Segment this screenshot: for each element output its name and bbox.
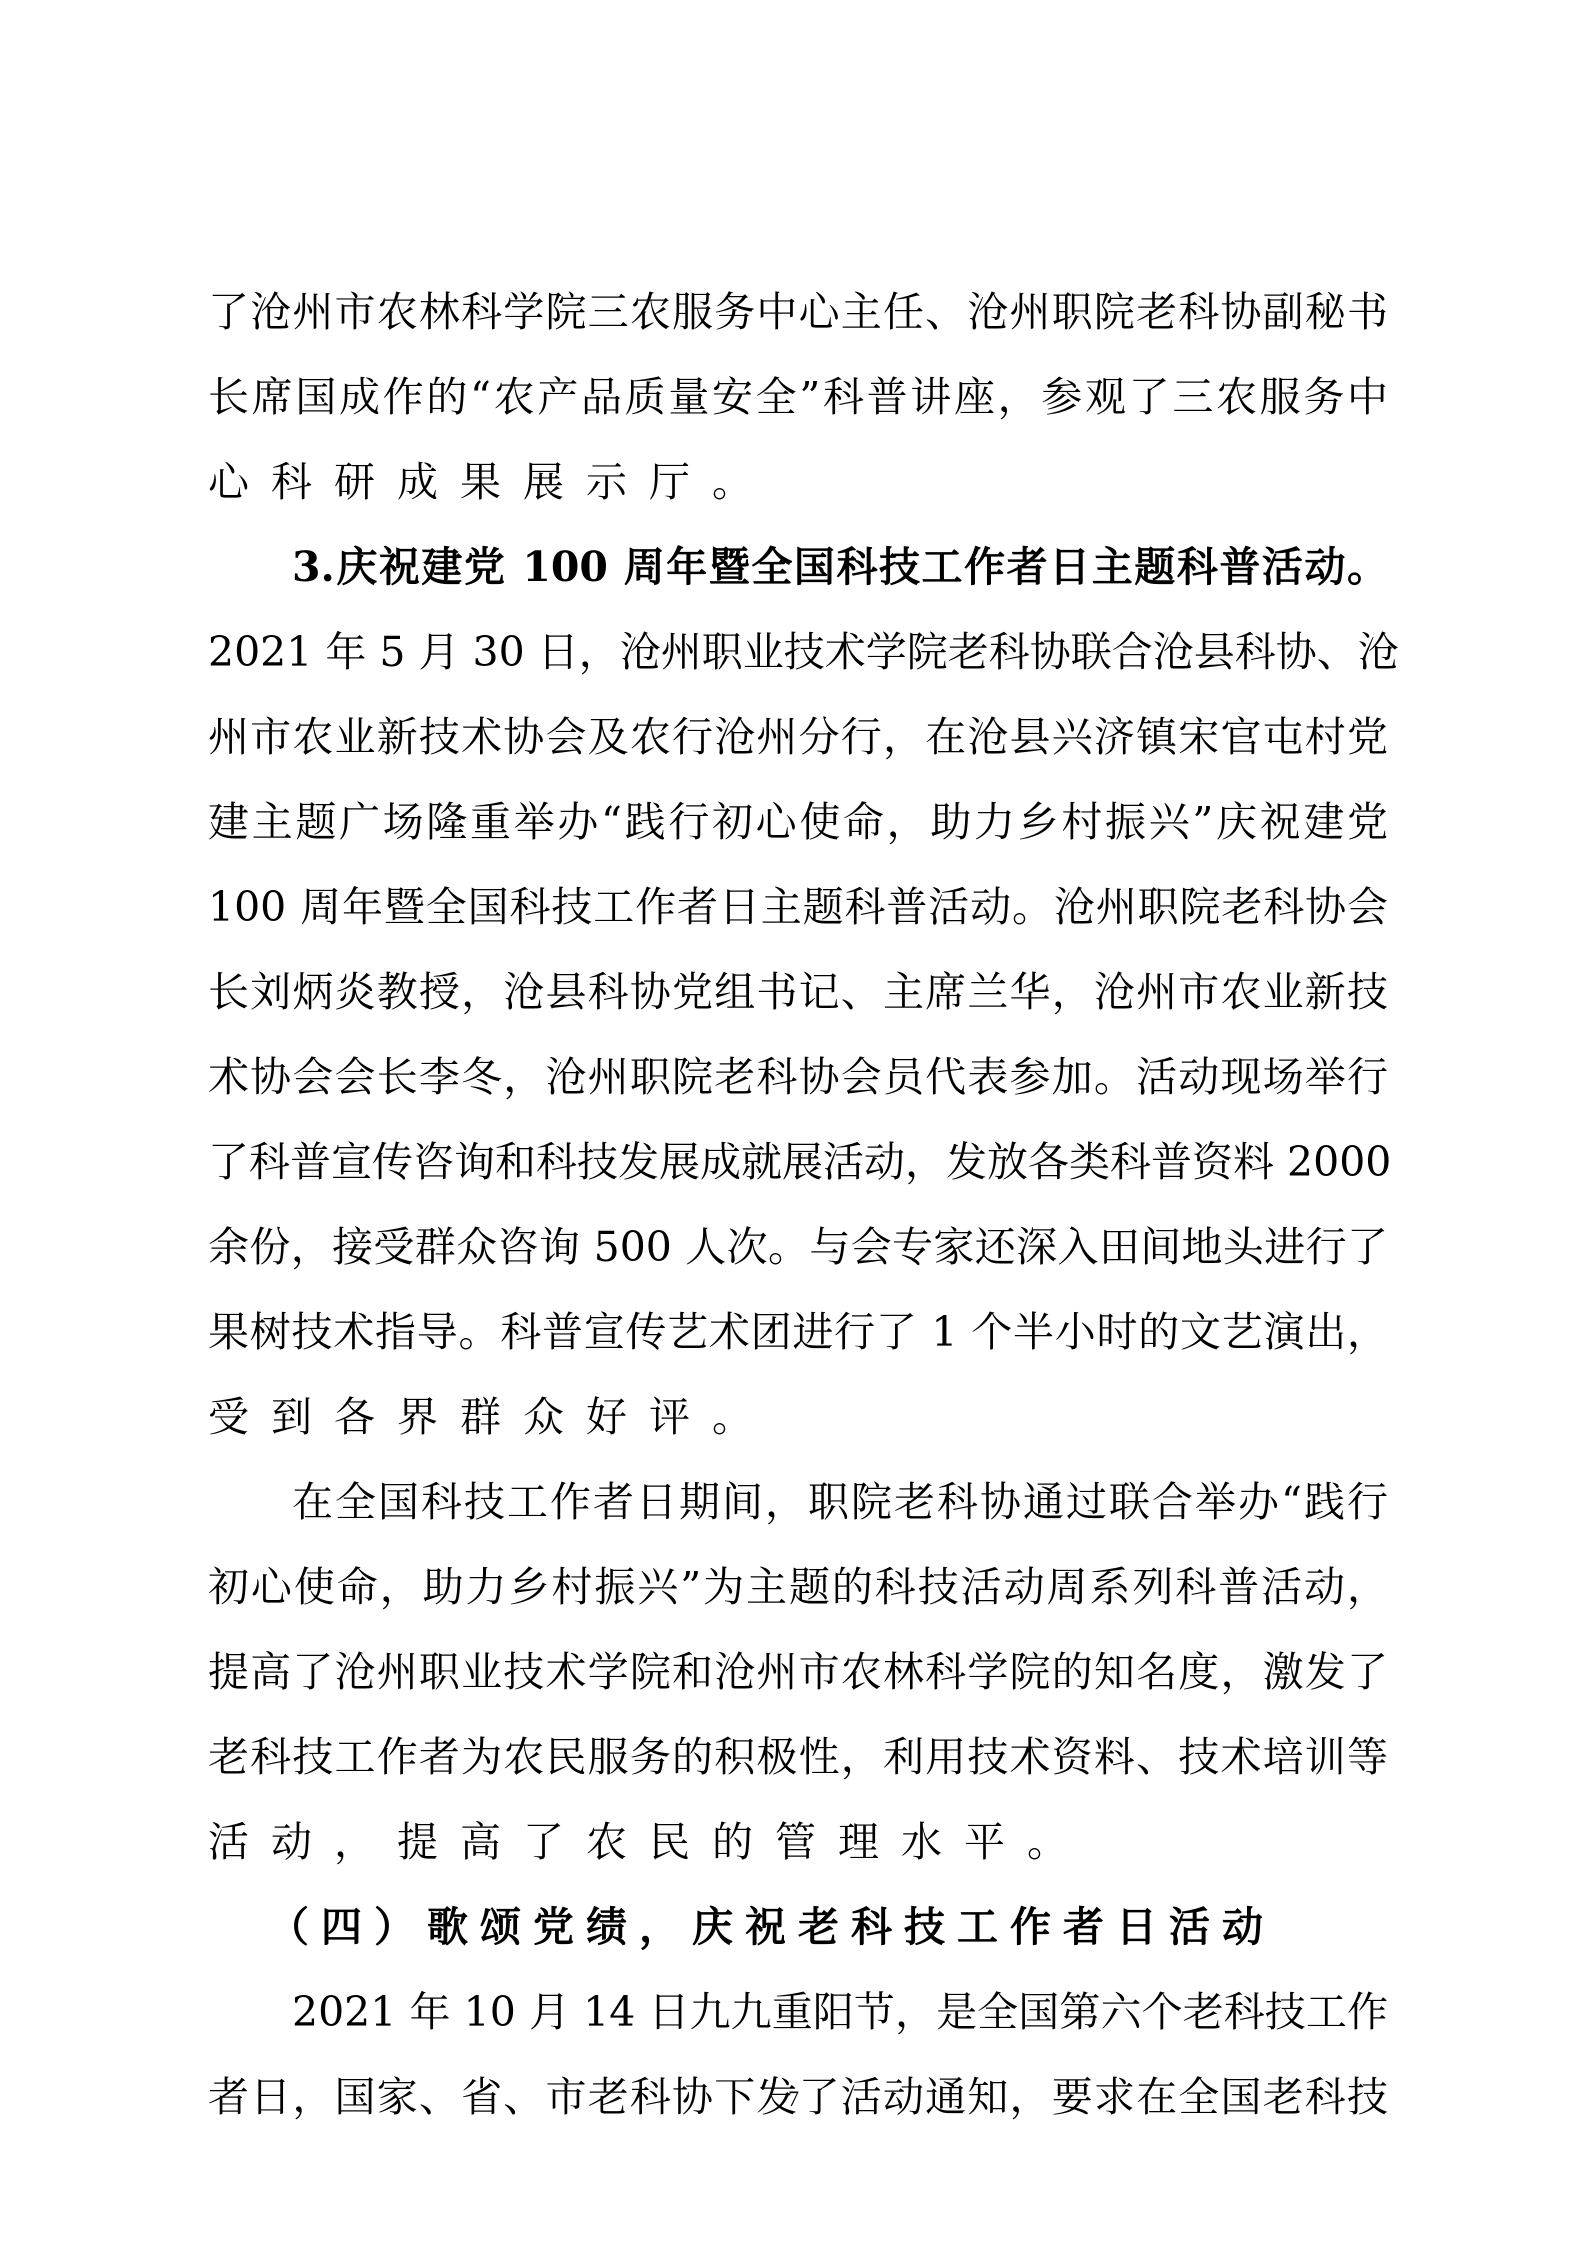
text-line: 2021 年 10 月 14 日九九重阳节，是全国第六个老科技工作 (208, 1970, 1388, 2055)
paragraph-continuation: 了沧州市农林科学院三农服务中心主任、沧州职院老科协副秘书 长席国成作的“农产品质… (208, 270, 1388, 525)
text-line: 了科普宣传咨询和科技发展成就展活动，发放各类科普资料 2000 (208, 1120, 1388, 1205)
paragraph-science-week: 在全国科技工作者日期间，职院老科协通过联合举办“践行 初心使命，助力乡村振兴”为… (208, 1460, 1388, 1885)
text-line: 初心使命，助力乡村振兴”为主题的科技活动周系列科普活动， (208, 1545, 1388, 1630)
paragraph-party-centenary: 2021 年 5 月 30 日，沧州职业技术学院老科协联合沧县科协、沧 州市农业… (208, 610, 1388, 1460)
text-line: 长席国成作的“农产品质量安全”科普讲座，参观了三农服务中 (208, 355, 1388, 440)
text-line: 受到各界群众好评。 (208, 1375, 1388, 1460)
document-page: 了沧州市农林科学院三农服务中心主任、沧州职院老科协副秘书 长席国成作的“农产品质… (208, 270, 1388, 2140)
text-line: 2021 年 5 月 30 日，沧州职业技术学院老科协联合沧县科协、沧 (208, 610, 1388, 695)
paragraph-double-ninth: 2021 年 10 月 14 日九九重阳节，是全国第六个老科技工作 者日，国家、… (208, 1970, 1388, 2140)
text-line: 100 周年暨全国科技工作者日主题科普活动。沧州职院老科协会 (208, 865, 1388, 950)
text-line: 提高了沧州职业技术学院和沧州市农林科学院的知名度，激发了 (208, 1630, 1388, 1715)
text-line: 余份，接受群众咨询 500 人次。与会专家还深入田间地头进行了 (208, 1205, 1388, 1290)
text-line: 术协会会长李冬，沧州职院老科协会员代表参加。活动现场举行 (208, 1035, 1388, 1120)
page-number: 7 (0, 2086, 1587, 2112)
subheading-text: 3.庆祝建党 100 周年暨全国科技工作者日主题科普活动。 (208, 525, 1388, 610)
text-line: 老科技工作者为农民服务的积极性，利用技术资料、技术培训等 (208, 1715, 1388, 1800)
text-line: 长刘炳炎教授，沧县科协党组书记、主席兰华，沧州市农业新技 (208, 950, 1388, 1035)
text-line: 活动，提高了农民的管理水平。 (208, 1800, 1388, 1885)
text-line: 了沧州市农林科学院三农服务中心主任、沧州职院老科协副秘书 (208, 270, 1388, 355)
section-heading-four: （四）歌颂党绩，庆祝老科技工作者日活动 (208, 1885, 1388, 1970)
text-line: 建主题广场隆重举办“践行初心使命，助力乡村振兴”庆祝建党 (208, 780, 1388, 865)
text-line: 心科研成果展示厅。 (208, 440, 1388, 525)
subheading-activity-3: 3.庆祝建党 100 周年暨全国科技工作者日主题科普活动。 (208, 525, 1388, 610)
section-heading-text: （四）歌颂党绩，庆祝老科技工作者日活动 (208, 1885, 1388, 1970)
text-line: 果树技术指导。科普宣传艺术团进行了 1 个半小时的文艺演出， (208, 1290, 1388, 1375)
text-line: 州市农业新技术协会及农行沧州分行，在沧县兴济镇宋官屯村党 (208, 695, 1388, 780)
text-line: 在全国科技工作者日期间，职院老科协通过联合举办“践行 (208, 1460, 1388, 1545)
